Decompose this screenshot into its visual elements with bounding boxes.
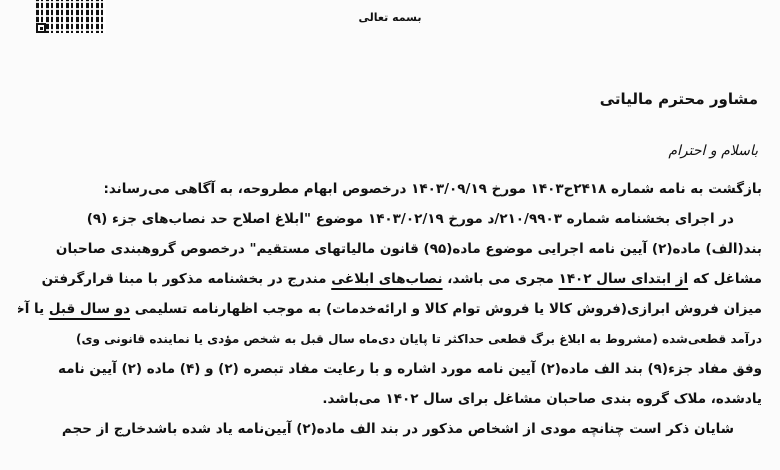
recipient-title: مشاور محترم مالیاتی — [600, 90, 758, 108]
body-line-3: بند(الف) ماده(۲) آیین نامه اجرایی موضوع … — [18, 234, 762, 264]
text-segment: مندرج در بخشنامه مذکور با مبنا قرارگرفتن — [42, 271, 332, 287]
body-line-4: مشاغل که از ابتدای سال ۱۴۰۲ مجری می باشد… — [18, 264, 762, 294]
qr-finder-pattern — [36, 23, 46, 33]
handwritten-greeting: باسلام و احترام — [668, 143, 758, 159]
body-line-6: درآمد قطعی‌شده (مشروط به ابلاغ برگ قطعی … — [18, 324, 762, 354]
body-line-2: در اجرای بخشنامه شماره ۲۱۰/۹۹۰۳/د مورخ ۱… — [18, 204, 762, 234]
body-line-5: میزان فروش ابرازی(فروش کالا یا فروش توام… — [18, 294, 762, 324]
underlined-segment-two-years-prior: دو سال قبل — [49, 301, 130, 317]
body-line-7: وفق مفاد جزء(۹) بند الف ماده(۲) آیین نام… — [18, 354, 762, 384]
body-line-9: شایان ذکر است چنانچه مودی از اشخاص مذکور… — [18, 414, 762, 444]
text-segment: میزان فروش ابرازی(فروش کالا یا فروش توام… — [130, 301, 762, 317]
letter-page: بسمه تعالی مشاور محترم مالیاتی باسلام و … — [0, 0, 780, 470]
body-line-8: یادشده، ملاک گروه بندی صاحبان مشاغل برای… — [18, 384, 762, 414]
body-line-1: بازگشت به نامه شماره ۲۴۱۸ح۱۴۰۳ مورخ ۱۴۰۳… — [18, 174, 762, 204]
underlined-segment-start-1402: از ابتدای سال ۱۴۰۲ — [559, 271, 689, 287]
underlined-segment-notified-thresholds: نصاب‌های ابلاغی — [331, 271, 442, 287]
basmala-heading: بسمه تعالی — [0, 11, 780, 24]
text-segment: یا آخرین — [18, 301, 49, 317]
text-segment: مجری می باشد، — [443, 271, 559, 287]
letter-body: بازگشت به نامه شماره ۲۴۱۸ح۱۴۰۳ مورخ ۱۴۰۳… — [18, 174, 762, 444]
text-segment: مشاغل که — [688, 271, 762, 287]
